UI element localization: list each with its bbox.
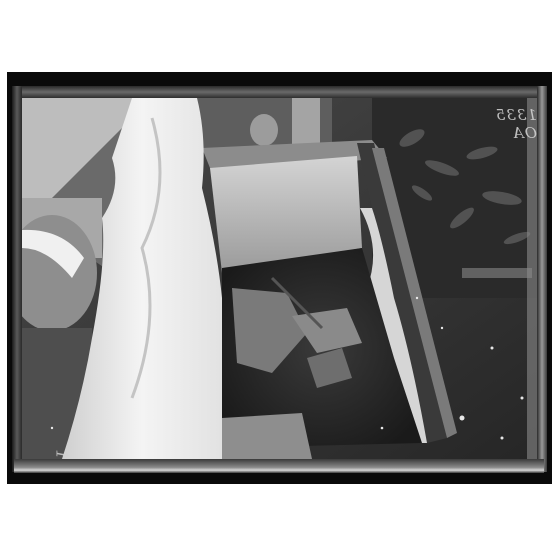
plate-frame-left <box>12 86 22 472</box>
corner-mark-label: 18 <box>53 449 72 459</box>
glass-plate: 1335 OA 18 <box>7 72 552 484</box>
photo-content <box>22 98 537 459</box>
plate-number-label: 1335 OA <box>484 106 537 142</box>
plate-frame-right <box>537 86 547 472</box>
plate-frame-bottom <box>14 459 544 473</box>
plate-frame-top <box>14 86 544 98</box>
photograph-scene: 1335 OA 18 <box>22 98 537 459</box>
